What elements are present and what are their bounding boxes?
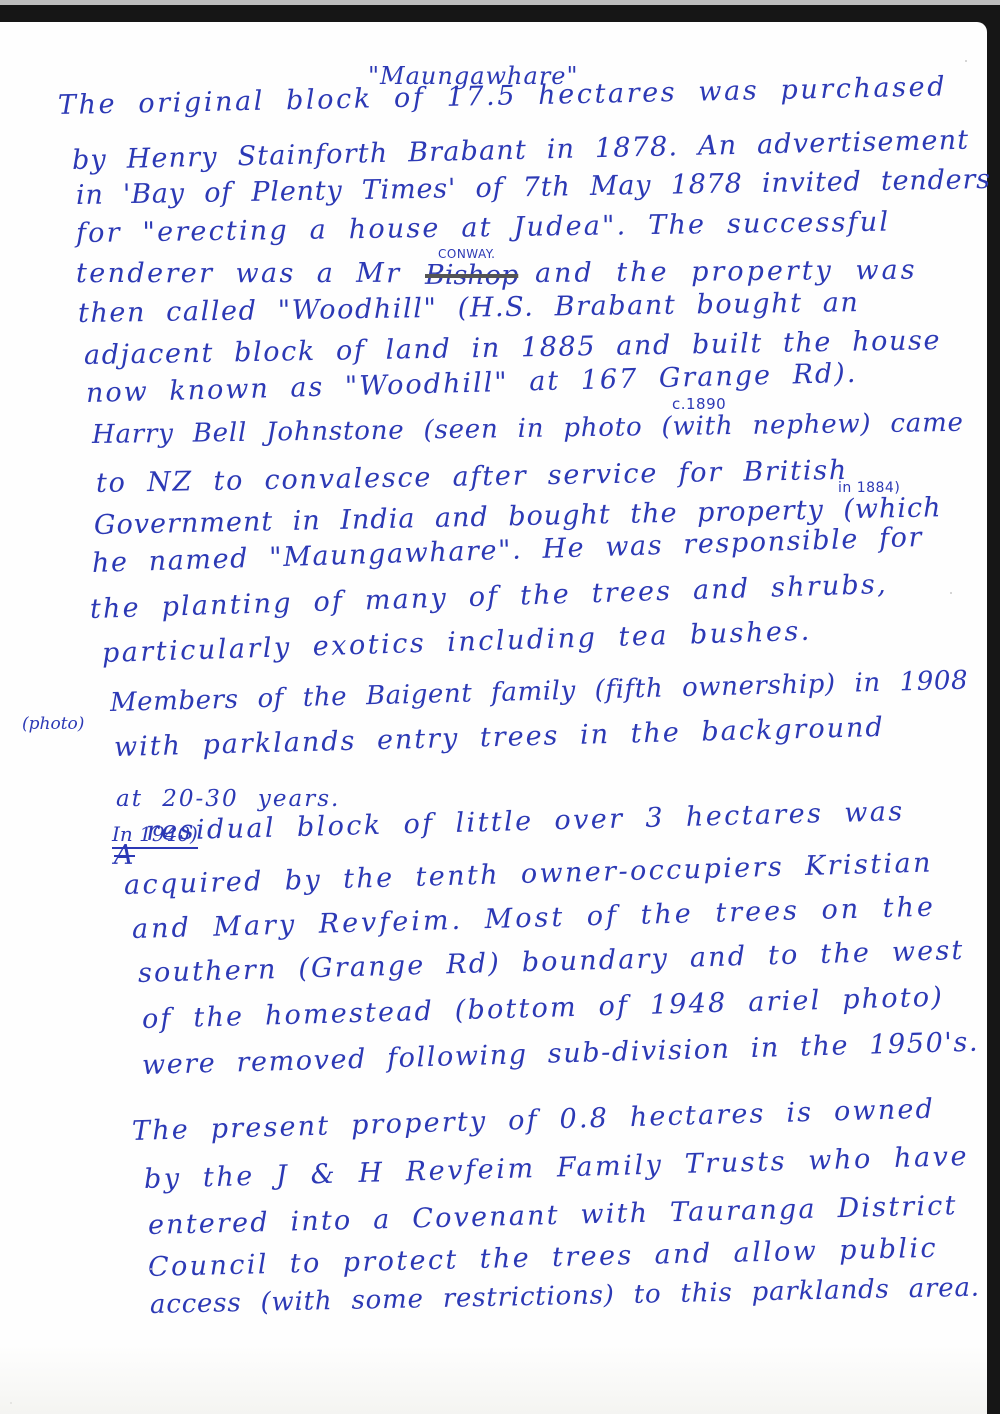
scanned-page: "Maungawhare" The original block of 17.5… <box>0 0 1000 1414</box>
paper-speck <box>950 592 952 594</box>
photo-margin-note: (photo) <box>22 714 84 734</box>
text-line: and the property was <box>535 257 918 287</box>
struck-name: Bishop <box>425 260 518 291</box>
text-line: of the homestead (bottom of 1948 ariel p… <box>142 984 945 1033</box>
text-line: by the J & H Revfeim Family Trusts who h… <box>144 1143 970 1193</box>
paper-speck <box>965 60 967 62</box>
text-line: Members of the Baigent family (fifth own… <box>110 668 969 716</box>
text-line: tenderer was a Mr <box>76 260 402 287</box>
text-line: The present property of 0.8 hectares is … <box>132 1096 936 1145</box>
text-line: with parklands entry trees in the backgr… <box>114 714 885 761</box>
paper-sheet: "Maungawhare" The original block of 17.5… <box>0 22 987 1414</box>
correction-note: CONWAY. <box>438 247 496 261</box>
text-line: were removed following sub-division in t… <box>142 1029 980 1079</box>
text-line: Harry Bell Johnstone (seen in photo (wit… <box>92 410 964 448</box>
text-line: particularly exotics including tea bushe… <box>102 618 813 667</box>
scanner-edge <box>0 0 1000 5</box>
text-line: Council to protect the trees and allow p… <box>148 1235 939 1281</box>
paper-speck <box>150 1268 152 1270</box>
text-line: and Mary Revfeim. Most of the trees on t… <box>132 894 937 943</box>
text-line: The original block of 17.5 hectares was … <box>58 73 948 119</box>
text-line: southern (Grange Rd) boundary and to the… <box>138 937 965 987</box>
text-line: entered into a Covenant with Tauranga Di… <box>148 1192 958 1239</box>
paper-speck <box>10 1402 12 1404</box>
text-line: at 20-30 years. <box>116 788 340 811</box>
struck-article: A <box>114 842 135 869</box>
text-line: then called "Woodhill" (H.S. Brabant bou… <box>78 289 860 327</box>
text-line: for "erecting a house at Judea". The suc… <box>76 209 891 247</box>
text-line: to NZ to convalesce after service for Br… <box>96 457 849 497</box>
text-line: acquired by the tenth owner-occupiers Kr… <box>124 849 934 899</box>
text-line: the planting of many of the trees and sh… <box>90 571 889 623</box>
text-line: access (with some restrictions) to this … <box>150 1275 980 1318</box>
